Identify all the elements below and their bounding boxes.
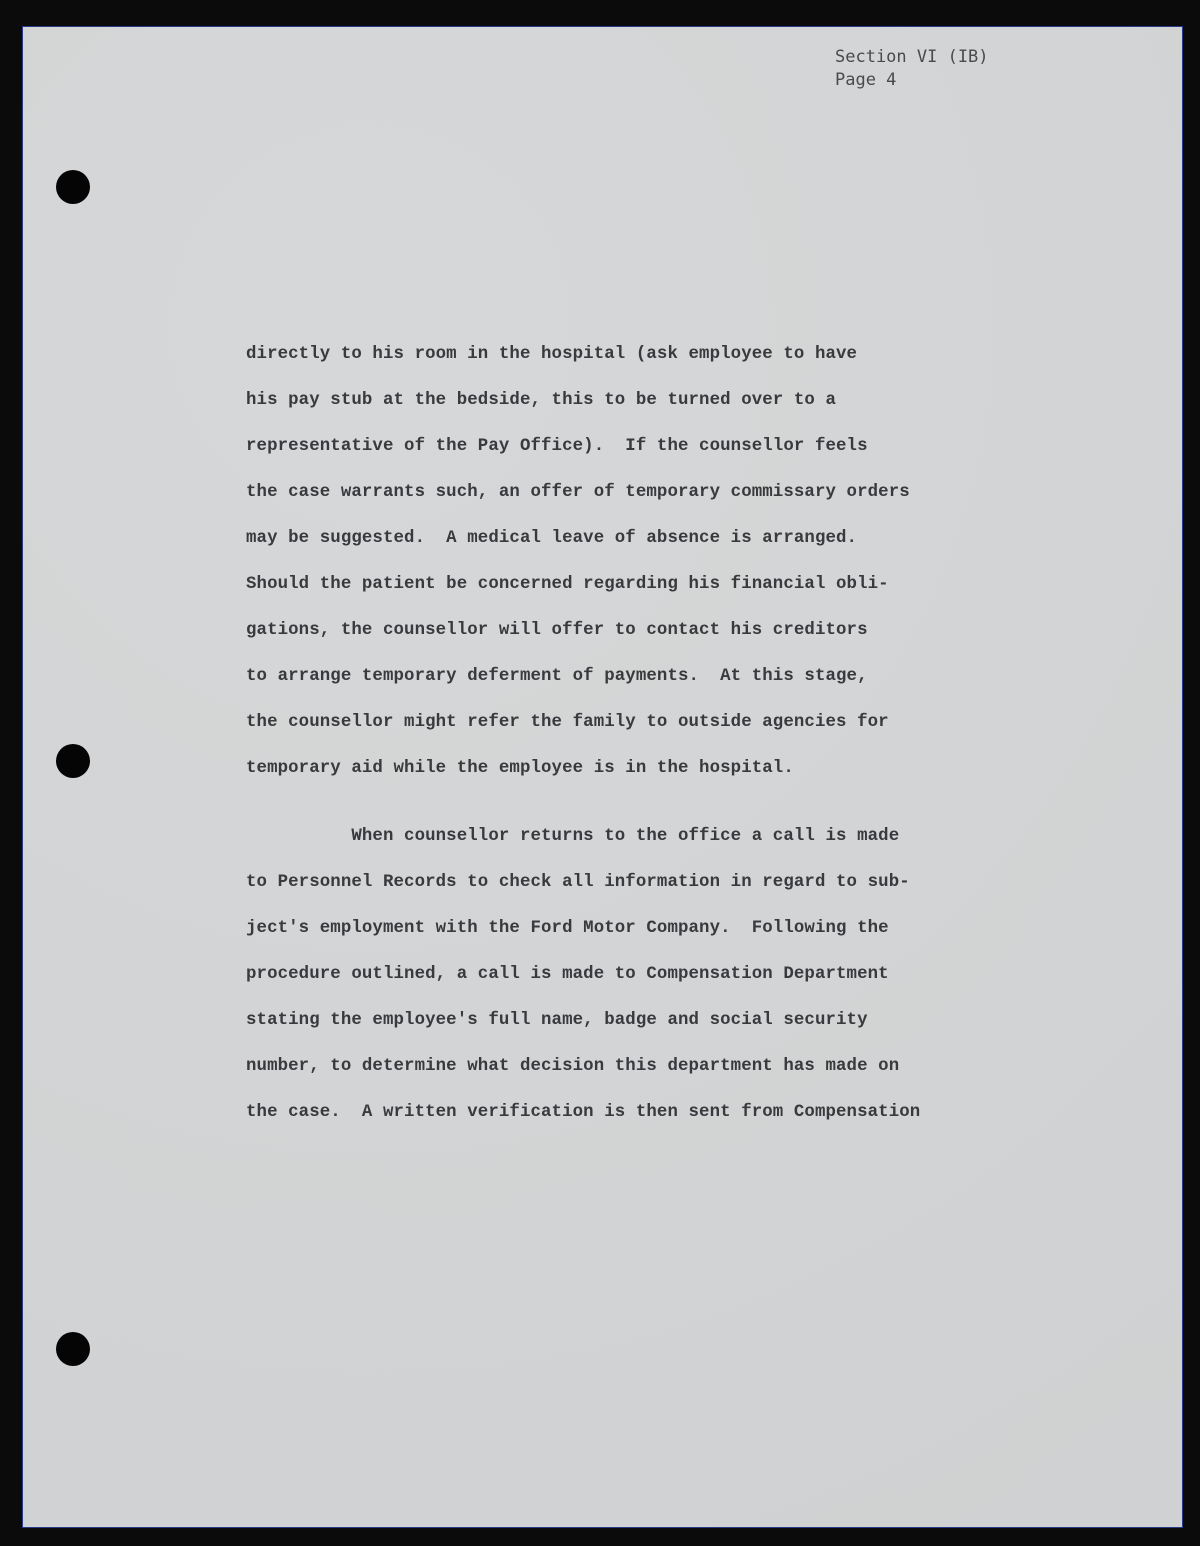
text-line: may be suggested. A medical leave of abs… (246, 526, 920, 572)
section-label: Section VI (IB) (835, 46, 989, 69)
text-line: directly to his room in the hospital (as… (246, 342, 920, 388)
text-line: gations, the counsellor will offer to co… (246, 618, 920, 664)
paragraph-1: directly to his room in the hospital (as… (246, 342, 920, 802)
punch-hole-bottom (56, 1332, 90, 1366)
punch-hole-top (56, 170, 90, 204)
paragraph-2: When counsellor returns to the office a … (246, 824, 920, 1146)
text-line: representative of the Pay Office). If th… (246, 434, 920, 480)
text-line: to arrange temporary deferment of paymen… (246, 664, 920, 710)
text-line: Should the patient be concerned regardin… (246, 572, 920, 618)
punch-hole-middle (56, 744, 90, 778)
text-line: temporary aid while the employee is in t… (246, 756, 920, 802)
paragraph-spacer (246, 802, 920, 824)
text-line: the case. A written verification is then… (246, 1100, 920, 1146)
text-line: the case warrants such, an offer of temp… (246, 480, 920, 526)
text-line: his pay stub at the bedside, this to be … (246, 388, 920, 434)
document-body: directly to his room in the hospital (as… (246, 342, 920, 1146)
text-line: When counsellor returns to the office a … (246, 824, 920, 870)
text-line: ject's employment with the Ford Motor Co… (246, 916, 920, 962)
page-header: Section VI (IB) Page 4 (835, 46, 989, 92)
text-line: stating the employee's full name, badge … (246, 1008, 920, 1054)
page-number: Page 4 (835, 69, 989, 92)
text-line: procedure outlined, a call is made to Co… (246, 962, 920, 1008)
text-line: number, to determine what decision this … (246, 1054, 920, 1100)
text-line: to Personnel Records to check all inform… (246, 870, 920, 916)
document-page: Section VI (IB) Page 4 directly to his r… (22, 26, 1183, 1528)
text-line: the counsellor might refer the family to… (246, 710, 920, 756)
